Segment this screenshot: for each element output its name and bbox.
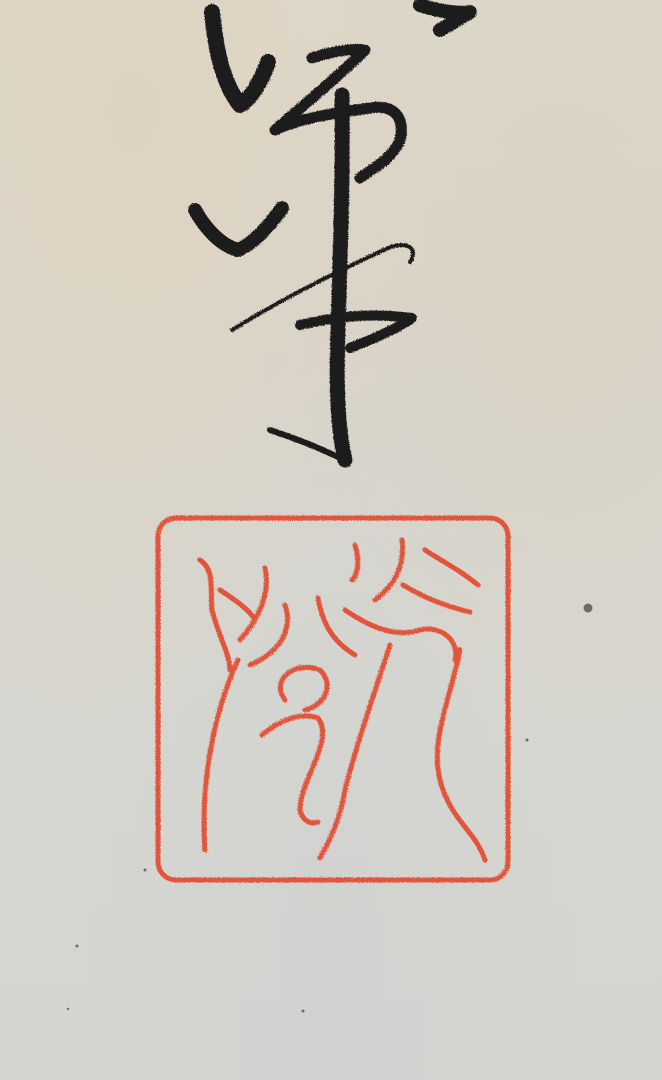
paper-specks xyxy=(67,604,593,1013)
calligraphy-photo xyxy=(0,0,662,1080)
brush-character xyxy=(195,5,470,462)
calligraphy-artwork xyxy=(0,0,662,1080)
seal-stamp xyxy=(158,518,508,880)
